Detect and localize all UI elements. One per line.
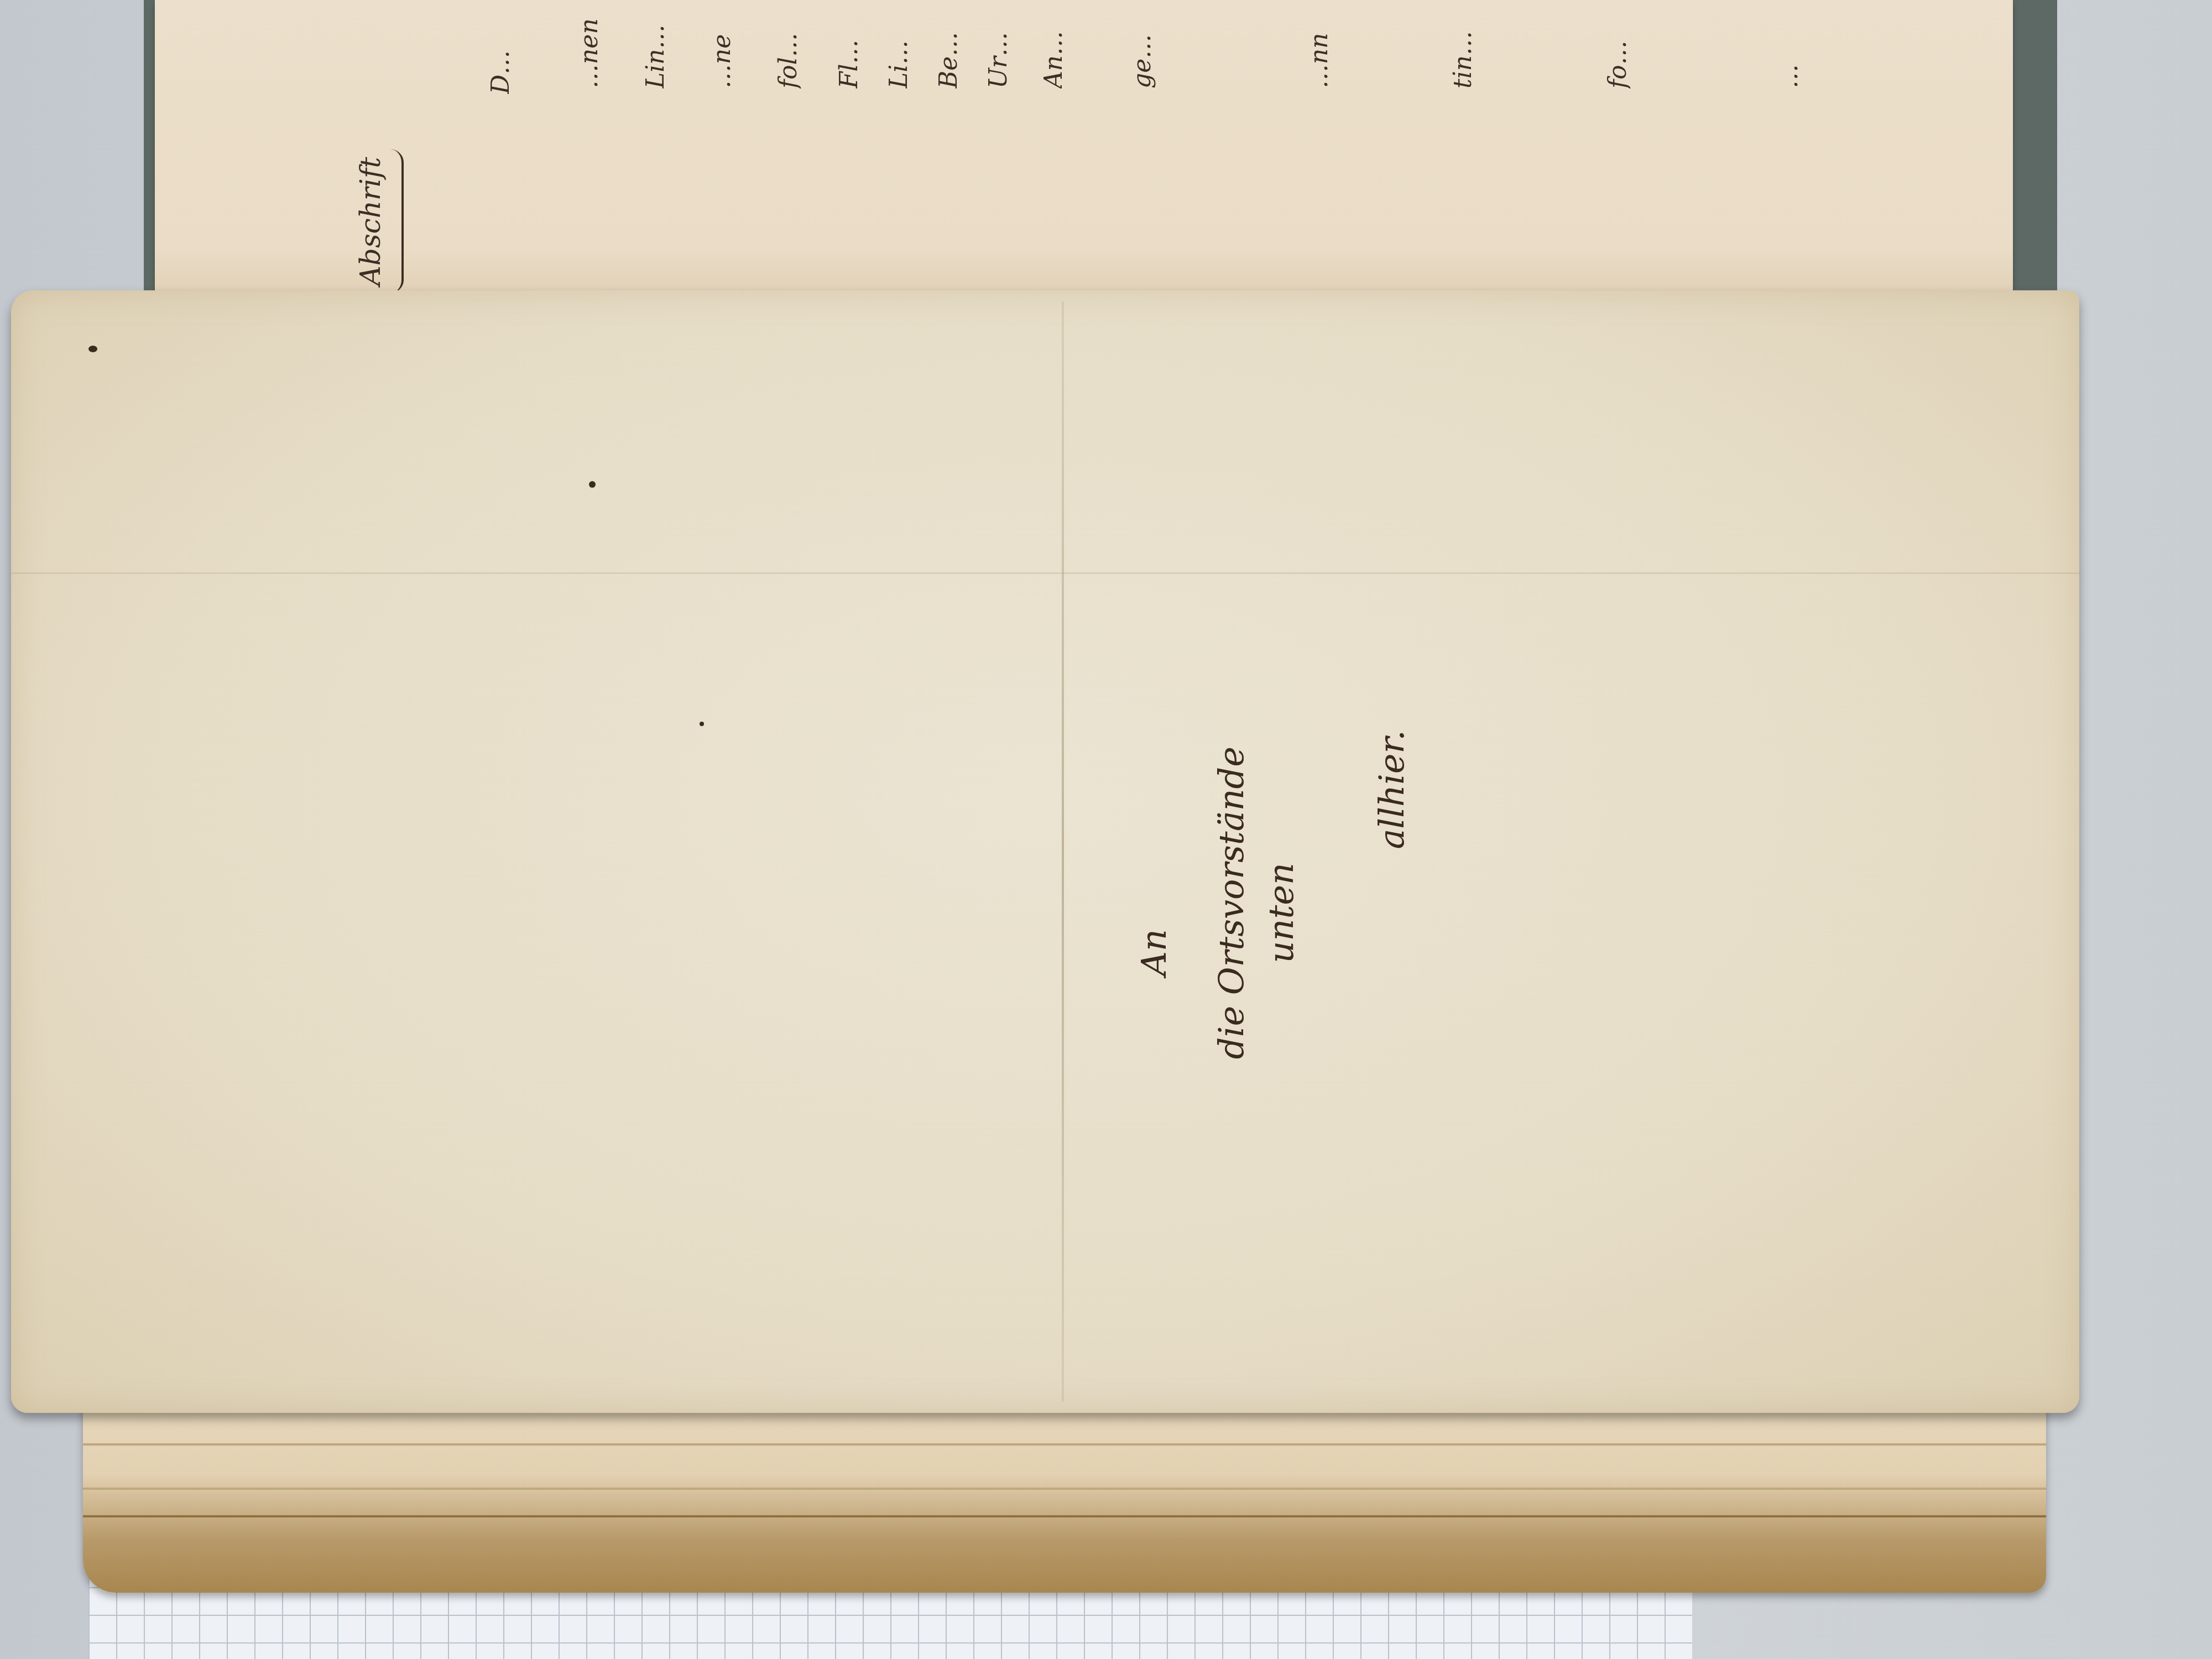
ink-spot	[88, 346, 97, 352]
ink-spot	[589, 481, 596, 488]
text-fragment: …nn	[1305, 6, 1338, 88]
text-fragment: Lin…	[641, 6, 675, 88]
fold-crease-vertical	[1062, 301, 1064, 1402]
text-fragment: …	[1775, 6, 1808, 88]
address-line-2: die Ortsvorstände	[1211, 747, 1251, 1059]
address-block: An die Ortsvorstände unten allhier.	[1123, 724, 1465, 1112]
margin-note: Abschrift	[332, 138, 409, 304]
text-fragment: An…	[1040, 6, 1073, 88]
text-fragment: Li…	[885, 6, 918, 88]
page-edge	[83, 1488, 2046, 1490]
text-fragment: Ur…	[984, 6, 1018, 88]
upper-page-text-fragments: D… …nen Lin… …ne fol… Fl… Li… Be… Ur… An…	[476, 0, 2024, 111]
folded-letter-page	[11, 290, 2079, 1413]
text-fragment: Be…	[935, 6, 968, 88]
text-fragment: ge…	[1128, 6, 1161, 88]
address-line-1: An	[1134, 929, 1174, 976]
text-fragment: …nen	[575, 6, 608, 88]
page-edge	[83, 1443, 2046, 1446]
margin-note-text: Abschrift	[354, 157, 387, 285]
text-fragment: fol…	[774, 6, 807, 88]
text-fragment: …ne	[708, 6, 741, 88]
text-fragment: tin…	[1449, 6, 1482, 88]
address-line-4: allhier.	[1371, 730, 1412, 849]
ink-spot	[700, 722, 704, 726]
page-edge	[83, 1515, 2046, 1517]
bracket-mark	[390, 149, 404, 293]
text-fragment: fo…	[1604, 6, 1637, 88]
text-fragment: Fl…	[835, 6, 868, 88]
fold-crease-horizontal	[11, 572, 2079, 574]
text-fragment: D…	[487, 6, 520, 94]
address-line-3: unten	[1261, 863, 1301, 963]
